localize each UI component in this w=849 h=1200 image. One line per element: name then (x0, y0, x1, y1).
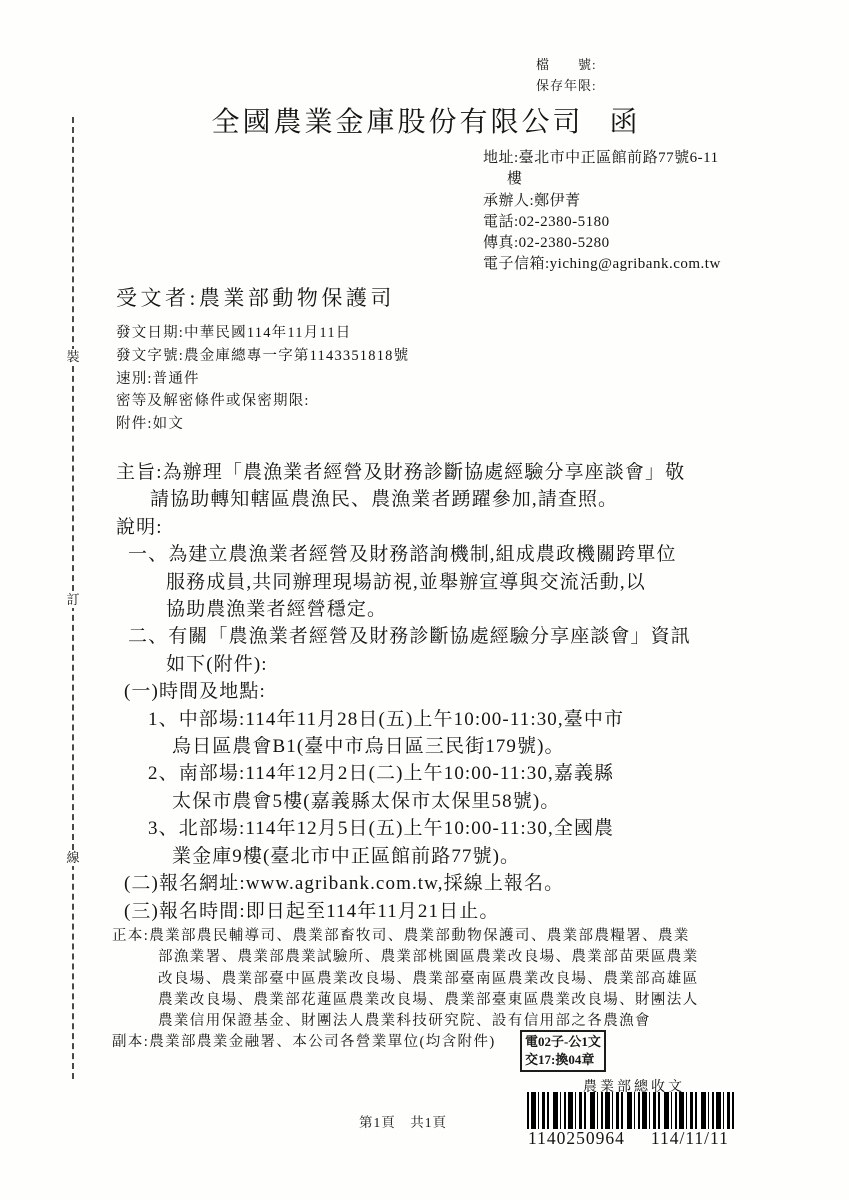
binding-mark-ding: 訂 (64, 592, 82, 608)
subitem-registration-url: (二)報名網址:www.agribank.com.tw,採線上報名。 (0, 870, 849, 897)
sender-contact-block: 地址:臺北市中正區館前路77號6-11 樓 承辦人:鄭伊菁 電話:02-2380… (483, 148, 721, 276)
sender-email: 電子信箱:yiching@agribank.com.tw (483, 254, 721, 275)
explanation-item-1: 一、為建立農漁業者經營及財務諮詢機制,組成農政機關跨單位 (0, 541, 849, 568)
venue-south: 2、南部場:114年12月2日(二)上午10:00-11:30,嘉義縣 (0, 760, 849, 787)
subject-line: 主旨:為辦理「農漁業者經營及財務診斷協處經驗分享座談會」敬 (0, 459, 849, 486)
original-recipients-line-3: 改良場、農業部臺中區農業改良場、農業部臺南區農業改良場、農業部高雄區 (0, 969, 849, 990)
retention-period-label: 保存年限: (536, 75, 597, 96)
e-document-exchange-stamp: 電02子-公1文 交17:換04章 (520, 1030, 606, 1072)
issue-date: 發文日期:中華民國114年11月11日 (116, 322, 409, 345)
copy-recipients-line: 副本:農業部農業金融署、本公司各營業單位(均含附件) (0, 1032, 849, 1053)
venue-north-wrap: 業金庫9樓(臺北市中正區館前路77號)。 (0, 843, 849, 870)
subject-line-wrap: 請協助轉知轄區農漁民、農漁業者踴躍參加,請查照。 (0, 486, 849, 513)
security-class: 密等及解密條件或保密期限: (116, 390, 409, 413)
original-recipients-line-1: 正本:農業部農民輔導司、農業部畜牧司、農業部動物保護司、農業部農糧署、農業 (0, 926, 849, 947)
sender-phone: 電話:02-2380-5180 (483, 212, 721, 233)
binding-mark-xian: 線 (64, 850, 82, 866)
document-meta-block: 發文日期:中華民國114年11月11日 發文字號:農金庫總專一字第1143351… (116, 322, 409, 436)
explanation-label: 說明: (0, 514, 849, 541)
sender-fax: 傳真:02-2380-5280 (483, 233, 721, 254)
letter-body: 主旨:為辦理「農漁業者經營及財務診斷協處經驗分享座談會」敬 請協助轉知轄區農漁民… (0, 459, 849, 925)
sender-address-wrap: 樓 (483, 169, 721, 190)
explanation-item-1-wrap2: 協助農漁業者經營穩定。 (0, 596, 849, 623)
explanation-item-1-wrap: 服務成員,共同辦理現場訪視,並舉辦宣導與交流活動,以 (0, 569, 849, 596)
barcode (527, 1092, 734, 1129)
document-title: 全國農業金庫股份有限公司函 (0, 100, 849, 140)
stamp-line-2: 交17:換04章 (525, 1051, 601, 1069)
distribution-block: 正本:農業部農民輔導司、農業部畜牧司、農業部動物保護司、農業部農糧署、農業 部漁… (0, 926, 849, 1054)
speed-class: 速別:普通件 (116, 368, 409, 391)
original-recipients-line-5: 農業信用保證基金、財團法人農業科技研究院、設有信用部之各農漁會 (0, 1011, 849, 1032)
received-date: 114/11/11 (651, 1128, 729, 1149)
subitem-time-place: (一)時間及地點: (0, 678, 849, 705)
page-footer: 第1頁 共1頁 (359, 1111, 447, 1131)
file-number-block: 檔 號: 保存年限: (536, 54, 597, 96)
binding-mark-zhuang: 裝 (64, 349, 82, 365)
original-recipients-line-2: 部漁業署、農業部農業試驗所、農業部桃園區農業改良場、農業部苗栗區農業 (0, 947, 849, 968)
subitem-registration-time: (三)報名時間:即日起至114年11月21日止。 (0, 898, 849, 925)
attachment-note: 附件:如文 (116, 413, 409, 436)
venue-central-wrap: 烏日區農會B1(臺中市烏日區三民街179號)。 (0, 733, 849, 760)
issue-number: 發文字號:農金庫總專一字第1143351818號 (116, 345, 409, 368)
file-number-label: 檔 號: (536, 54, 597, 75)
venue-central: 1、中部場:114年11月28日(五)上午10:00-11:30,臺中市 (0, 706, 849, 733)
explanation-item-2: 二、有關「農漁業者經營及財務診斷協處經驗分享座談會」資訊 (0, 623, 849, 650)
scanned-official-letter: 檔 號: 保存年限: 全國農業金庫股份有限公司函 地址:臺北市中正區館前路77號… (0, 0, 849, 1200)
organization-name: 全國農業金庫股份有限公司 (211, 107, 583, 138)
original-recipients-line-4: 農業改良場、農業部花蓮區農業改良場、農業部臺東區農業改良場、財團法人 (0, 990, 849, 1011)
venue-south-wrap: 太保市農會5樓(嘉義縣太保市太保里58號)。 (0, 788, 849, 815)
venue-north: 3、北部場:114年12月5日(五)上午10:00-11:30,全國農 (0, 815, 849, 842)
received-number-line: 1140250964 114/11/11 (528, 1128, 729, 1149)
received-number: 1140250964 (528, 1128, 625, 1149)
stamp-line-1: 電02子-公1文 (525, 1033, 601, 1051)
recipient-line: 受文者:農業部動物保護司 (116, 282, 395, 312)
sender-address: 地址:臺北市中正區館前路77號6-11 (483, 148, 721, 169)
document-type: 函 (610, 107, 638, 138)
explanation-item-2-wrap: 如下(附件): (0, 651, 849, 678)
sender-contact-person: 承辦人:鄭伊菁 (483, 191, 721, 212)
